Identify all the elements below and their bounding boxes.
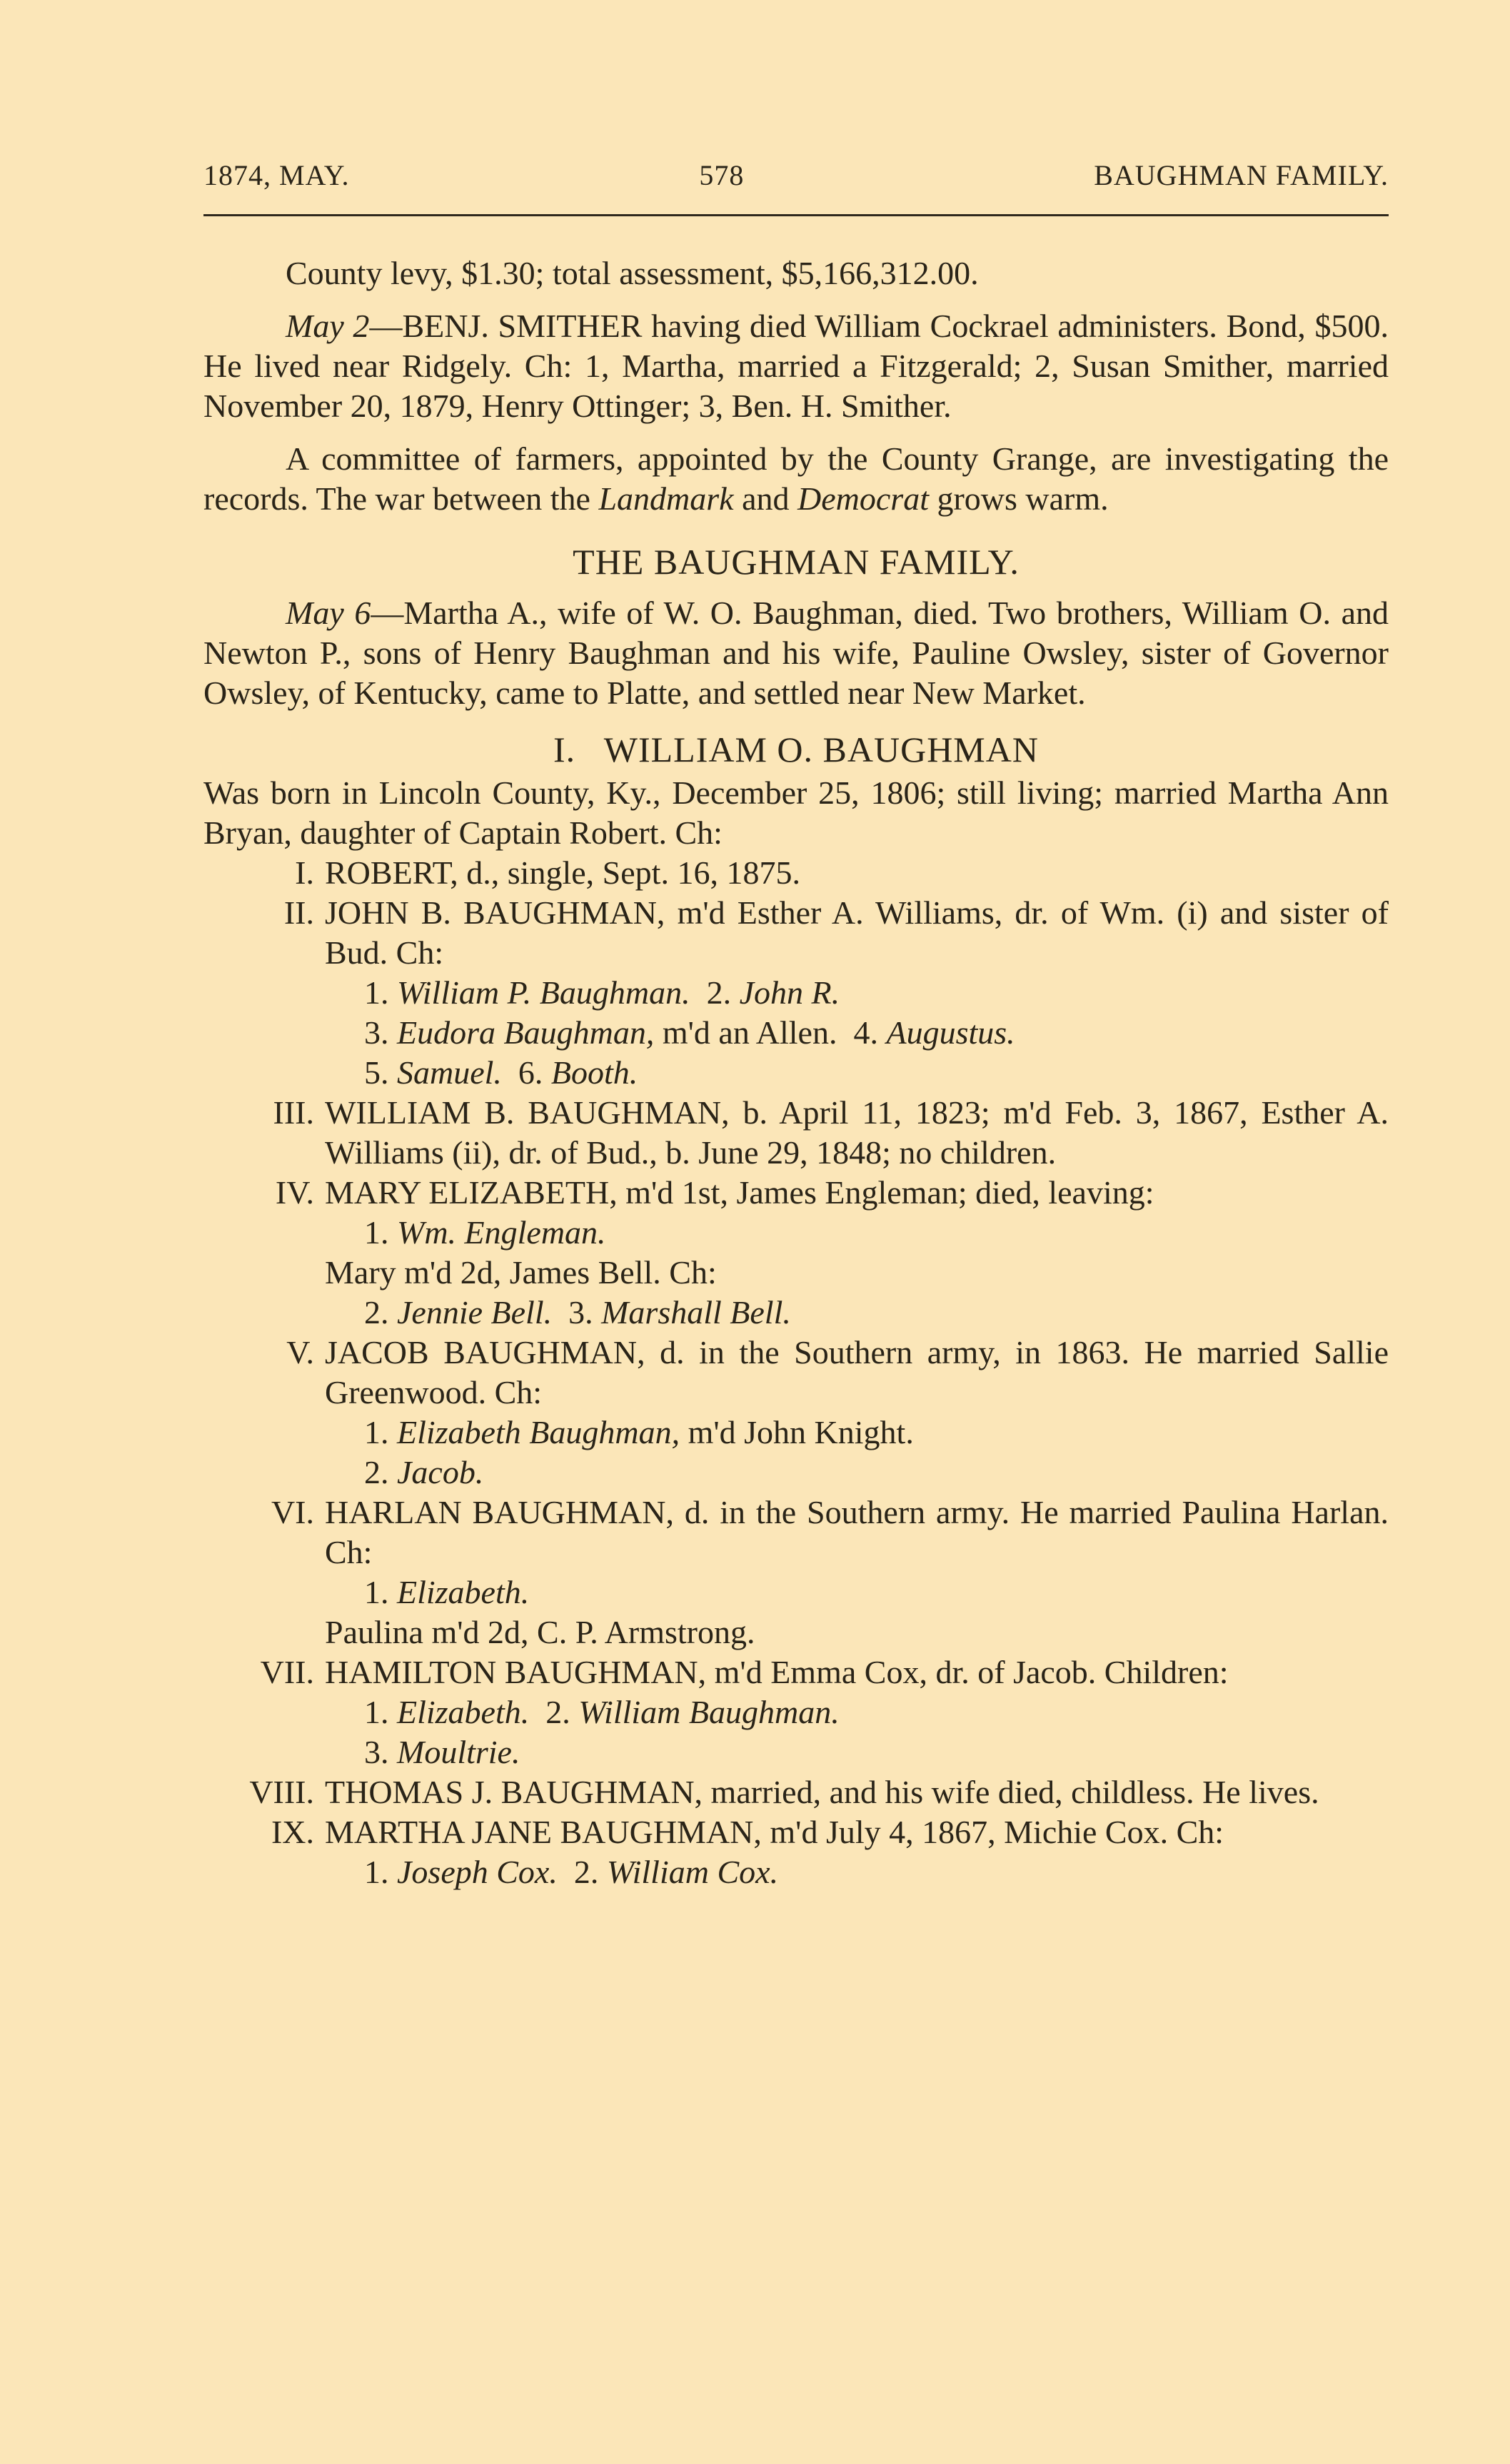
grandchildren-line: 1. William P. Baughman. 2. John R. (203, 973, 1389, 1013)
grandchild-note: m'd an Allen. 4. (654, 1014, 886, 1051)
grandchildren-line: 2. Jacob. (203, 1453, 1389, 1493)
grandchildren-line: 3. Eudora Baughman, m'd an Allen. 4. Aug… (203, 1013, 1389, 1053)
roman-numeral: V. (203, 1333, 314, 1373)
grandchildren-line: 1. Joseph Cox. 2. William Cox. (203, 1852, 1389, 1892)
subsection-heading: I. WILLIAM O. BAUGHMAN (203, 729, 1389, 770)
child-entry-text: IV.MARY ELIZABETH, m'd 1st, James Englem… (203, 1173, 1389, 1213)
grandchild-name: John R. (740, 974, 840, 1011)
grandchild-name: Elizabeth Baughman, (397, 1414, 680, 1450)
child-entry-text: VI.HARLAN BAUGHMAN, d. in the Southern a… (203, 1493, 1389, 1572)
roman-numeral: IV. (203, 1173, 314, 1213)
child-entry: II.JOHN B. BAUGHMAN, m'd Esther A. Willi… (203, 893, 1389, 1093)
header-rule (203, 214, 1389, 216)
grandchild-name: Marshall Bell. (601, 1294, 791, 1331)
grandchildren-line: 5. Samuel. 6. Booth. (203, 1053, 1389, 1093)
grandchildren-line: 1. Wm. Engleman. (203, 1213, 1389, 1253)
roman-numeral: VIII. (203, 1772, 314, 1812)
child-entry-text: VIII.THOMAS J. BAUGHMAN, married, and hi… (203, 1772, 1389, 1812)
democrat-newspaper: Democrat (797, 480, 929, 517)
child-description: JOHN B. BAUGHMAN, m'd Esther A. Williams… (325, 894, 1389, 971)
page-body: County levy, $1.30; total assessment, $5… (203, 253, 1389, 1892)
grandchild-name: Jacob. (397, 1454, 483, 1490)
child-entry: III.WILLIAM B. BAUGHMAN, b. April 11, 18… (203, 1093, 1389, 1173)
child-entry-text: V.JACOB BAUGHMAN, d. in the Southern arm… (203, 1333, 1389, 1413)
child-description: HARLAN BAUGHMAN, d. in the Southern army… (325, 1494, 1389, 1570)
child-entry-text: I.ROBERT, d., single, Sept. 16, 1875. (203, 853, 1389, 893)
grandchild-name: William P. Baughman. (397, 974, 690, 1011)
child-description: JACOB BAUGHMAN, d. in the Southern army,… (325, 1334, 1389, 1410)
grandchild-number: 1. (364, 1854, 397, 1890)
grandchild-name: Booth. (551, 1054, 638, 1091)
roman-numeral: IX. (203, 1812, 314, 1852)
remarriage-note: Mary m'd 2d, James Bell. Ch: (203, 1253, 1389, 1293)
family-intro-paragraph: May 6—Martha A., wife of W. O. Baughman,… (203, 593, 1389, 713)
grange-text-c: grows warm. (929, 480, 1109, 517)
grandchildren-line: 1. Elizabeth. (203, 1572, 1389, 1612)
child-entry: IX.MARTHA JANE BAUGHMAN, m'd July 4, 186… (203, 1812, 1389, 1892)
child-entry-text: VII.HAMILTON BAUGHMAN, m'd Emma Cox, dr.… (203, 1652, 1389, 1692)
grandchildren-line: 1. Elizabeth Baughman, m'd John Knight. (203, 1413, 1389, 1453)
levy-paragraph: County levy, $1.30; total assessment, $5… (203, 253, 1389, 293)
grandchild-name: William Cox. (607, 1854, 778, 1890)
child-description: ROBERT, d., single, Sept. 16, 1875. (325, 854, 800, 891)
grandchild-number: 1. (364, 1694, 397, 1730)
children-list: I.ROBERT, d., single, Sept. 16, 1875.II.… (203, 853, 1389, 1892)
grandchild-number: 1. (364, 1214, 397, 1251)
grandchild-number: 5. (364, 1054, 397, 1091)
grandchild-number: 1. (364, 1574, 397, 1610)
child-description: MARTHA JANE BAUGHMAN, m'd July 4, 1867, … (325, 1814, 1224, 1850)
grandchild-number: 1. (364, 1414, 397, 1450)
grandchild-note: 6. (502, 1054, 551, 1091)
page-number: 578 (699, 158, 744, 192)
family-intro-date: May 6 (286, 595, 371, 631)
child-entry: VII.HAMILTON BAUGHMAN, m'd Emma Cox, dr.… (203, 1652, 1389, 1772)
roman-numeral: VII. (203, 1652, 314, 1692)
roman-numeral: I. (203, 853, 314, 893)
grandchild-number: 2. (364, 1294, 397, 1331)
child-entry-text: II.JOHN B. BAUGHMAN, m'd Esther A. Willi… (203, 893, 1389, 973)
smither-text: —BENJ. SMITHER having died William Cockr… (203, 308, 1389, 424)
roman-numeral: III. (203, 1093, 314, 1133)
grandchild-note: 2. (690, 974, 740, 1011)
child-description: MARY ELIZABETH, m'd 1st, James Engleman;… (325, 1174, 1154, 1211)
child-entry: V.JACOB BAUGHMAN, d. in the Southern arm… (203, 1333, 1389, 1493)
grandchild-name: Eudora Baughman, (397, 1014, 654, 1051)
grandchildren-line: 3. Moultrie. (203, 1732, 1389, 1772)
grandchild-name: Augustus. (886, 1014, 1015, 1051)
grandchild-name: Joseph Cox. (397, 1854, 558, 1890)
grandchild-name: Samuel. (397, 1054, 502, 1091)
grandchild-note: m'd John Knight. (680, 1414, 914, 1450)
child-entry: VIII.THOMAS J. BAUGHMAN, married, and hi… (203, 1772, 1389, 1812)
grandchild-name: Elizabeth. (397, 1574, 529, 1610)
header-chapter-title: BAUGHMAN FAMILY. (1094, 158, 1389, 192)
smither-paragraph: May 2—BENJ. SMITHER having died William … (203, 306, 1389, 426)
child-entry-text: III.WILLIAM B. BAUGHMAN, b. April 11, 18… (203, 1093, 1389, 1173)
header-date: 1874, MAY. (203, 158, 350, 192)
grandchild-name: Jennie Bell. (397, 1294, 552, 1331)
grandchild-number: 1. (364, 974, 397, 1011)
grange-text-b: and (734, 480, 797, 517)
grandchildren-line: 2. Jennie Bell. 3. Marshall Bell. (203, 1293, 1389, 1333)
grandchild-note: 2. (529, 1694, 578, 1730)
grandchild-name: Wm. Engleman. (397, 1214, 606, 1251)
landmark-newspaper: Landmark (598, 480, 733, 517)
grandchildren-line: 1. Elizabeth. 2. William Baughman. (203, 1692, 1389, 1732)
grandchild-name: Moultrie. (397, 1734, 520, 1770)
section-heading: THE BAUGHMAN FAMILY. (203, 540, 1389, 583)
roman-numeral: VI. (203, 1493, 314, 1533)
smither-date: May 2 (286, 308, 369, 344)
child-entry: IV.MARY ELIZABETH, m'd 1st, James Englem… (203, 1173, 1389, 1333)
child-description: THOMAS J. BAUGHMAN, married, and his wif… (325, 1774, 1319, 1810)
child-entry: VI.HARLAN BAUGHMAN, d. in the Southern a… (203, 1493, 1389, 1652)
subsection-intro: Was born in Lincoln County, Ky., Decembe… (203, 773, 1389, 853)
grandchild-note: 2. (558, 1854, 607, 1890)
family-intro-text: —Martha A., wife of W. O. Baughman, died… (203, 595, 1389, 711)
grandchild-note: 3. (552, 1294, 601, 1331)
child-entry: I.ROBERT, d., single, Sept. 16, 1875. (203, 853, 1389, 893)
grandchild-number: 3. (364, 1014, 397, 1051)
grange-paragraph: A committee of farmers, appointed by the… (203, 439, 1389, 519)
remarriage-note: Paulina m'd 2d, C. P. Armstrong. (203, 1612, 1389, 1652)
child-description: HAMILTON BAUGHMAN, m'd Emma Cox, dr. of … (325, 1654, 1229, 1690)
grandchild-name: William Baughman. (578, 1694, 839, 1730)
running-header: 1874, MAY. 578 BAUGHMAN FAMILY. (203, 158, 1389, 192)
child-description: WILLIAM B. BAUGHMAN, b. April 11, 1823; … (325, 1094, 1389, 1171)
grandchild-name: Elizabeth. (397, 1694, 529, 1730)
grandchild-number: 2. (364, 1454, 397, 1490)
grandchild-number: 3. (364, 1734, 397, 1770)
roman-numeral: II. (203, 893, 314, 933)
child-entry-text: IX.MARTHA JANE BAUGHMAN, m'd July 4, 186… (203, 1812, 1389, 1852)
